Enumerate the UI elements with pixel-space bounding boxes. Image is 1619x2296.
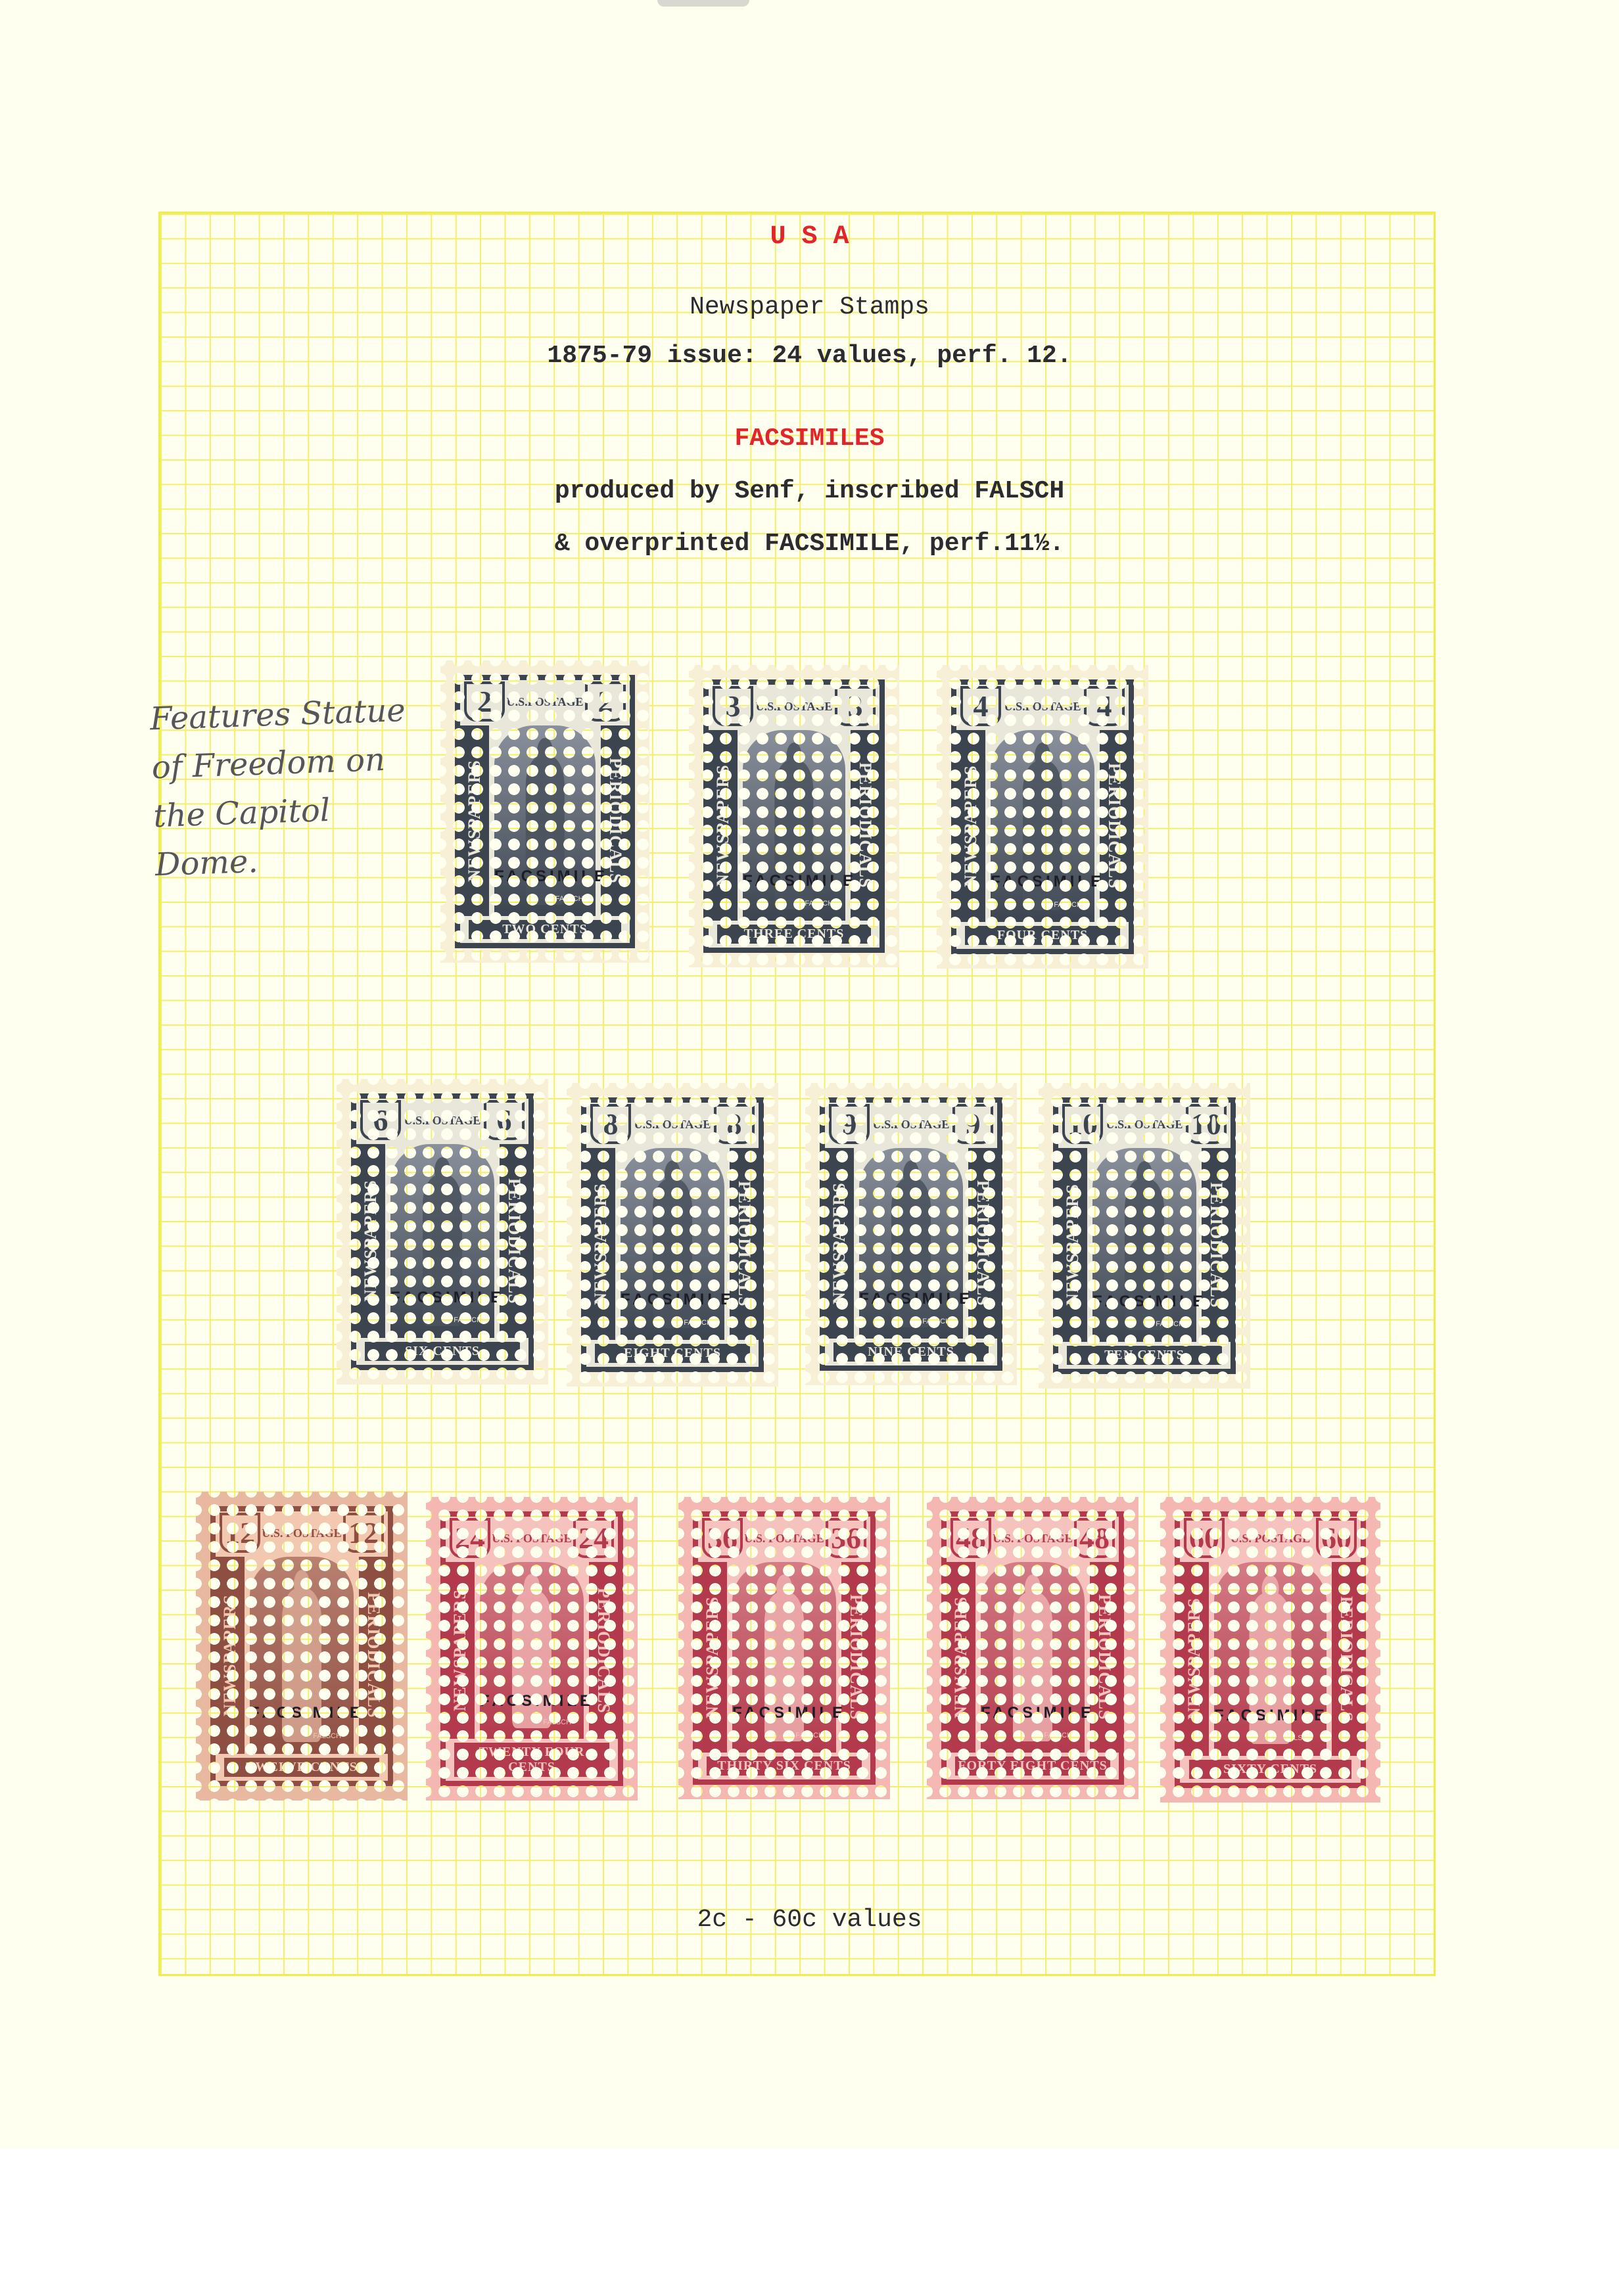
periodicals-inscription: PERIODICALS: [1202, 1148, 1231, 1342]
falsch-inscription: FALSCH: [1156, 1320, 1184, 1328]
falsch-inscription: FALSCH: [795, 1732, 824, 1739]
stamp-header: 8 U.S.POSTAGE 8: [586, 1103, 759, 1145]
newspapers-inscription: NEWSPAPERS: [956, 730, 985, 922]
falsch-inscription: FALSCH: [1285, 1734, 1313, 1742]
statue-vignette: FACSIMILE FALSCH: [981, 1562, 1085, 1753]
stamp-middle: NEWSPAPERS FACSIMILE FALSCH PERIODICALS: [1180, 1559, 1361, 1758]
value-numeral-left: 36: [702, 1518, 743, 1558]
falsch-inscription: FALSCH: [684, 1319, 712, 1327]
postage-inscription: U.S.POSTAGE: [507, 695, 584, 708]
issue-description: 1875-79 issue: 24 values, perf. 12.: [0, 342, 1619, 370]
value-numeral-left: 2: [464, 681, 505, 722]
stamp-header: 60 U.S. POSTAGE 60: [1180, 1517, 1361, 1559]
stamp-frame: 4 U.S.POSTAGE 4 NEWSPAPERS FACSIMILE FAL…: [951, 679, 1134, 954]
stamp-frame: 3 U.S.POSTAGE 3 NEWSPAPERS FACSIMILE FAL…: [703, 679, 885, 953]
facsimile-overprint: FACSIMILE: [494, 867, 596, 886]
statue-vignette: FACSIMILE FALSCH: [991, 730, 1094, 922]
stamp-header: 12 U.S. POSTAGE 12: [216, 1511, 388, 1554]
stamp-header: 10 U.S.POSTAGE 10: [1058, 1103, 1231, 1145]
facsimile-overprint: FACSIMILE: [390, 1289, 494, 1307]
value-label: EIGHT CENTS: [595, 1344, 750, 1363]
statue-vignette: FACSIMILE FALSCH: [1214, 1562, 1326, 1756]
postage-inscription: U.S.POSTAGE: [756, 700, 833, 713]
periodicals-inscription: PERIODICALS: [851, 730, 880, 921]
stamp-middle: NEWSPAPERS FACSIMILE FALSCH PERIODICALS: [956, 727, 1129, 925]
postage-inscription: U.S.POSTAGE: [404, 1114, 481, 1127]
facsimile-overprint: FACSIMILE: [991, 873, 1094, 891]
newspapers-inscription: NEWSPAPERS: [709, 730, 738, 921]
stamp-header: 48 U.S. POSTAGE 48: [947, 1517, 1119, 1559]
newspapers-inscription: NEWSPAPERS: [1180, 1562, 1209, 1756]
newspapers-inscription: NEWSPAPERS: [446, 1562, 475, 1739]
periodicals-inscription: PERIODICALS: [1090, 1562, 1119, 1753]
stamp: 48 U.S. POSTAGE 48 NEWSPAPERS FACSIMILE …: [927, 1497, 1138, 1799]
stamp-frame: 6 U.S.POSTAGE 6 NEWSPAPERS FACSIMILE FAL…: [351, 1093, 534, 1370]
statue-vignette: FACSIMILE FALSCH: [732, 1562, 836, 1753]
postage-inscription: U.S. POSTAGE: [744, 1532, 824, 1545]
stamp: 10 U.S.POSTAGE 10 NEWSPAPERS FACSIMILE F…: [1039, 1083, 1250, 1389]
value-numeral-left: 6: [360, 1100, 401, 1140]
stamp-header: 6 U.S.POSTAGE 6: [356, 1099, 528, 1141]
facsimile-overprint: FACSIMILE: [1092, 1293, 1196, 1311]
postage-inscription: U.S. POSTAGE: [1231, 1532, 1310, 1545]
value-label: TWENTY FOUR CENTS: [454, 1743, 609, 1777]
stamp-middle: NEWSPAPERS FACSIMILE FALSCH PERIODICALS: [356, 1141, 528, 1341]
value-numeral-right: 48: [1074, 1518, 1115, 1558]
facsimile-overprint: FACSIMILE: [1214, 1707, 1326, 1725]
postage-inscription: U.S. POSTAGE: [993, 1532, 1072, 1545]
statue-vignette: FACSIMILE FALSCH: [743, 730, 845, 921]
value-numeral-left: 12: [220, 1513, 260, 1553]
value-label: NINE CENTS: [833, 1343, 989, 1362]
falsch-inscription: FALSCH: [922, 1318, 950, 1325]
falsch-inscription: FALSCH: [805, 900, 833, 907]
value-numeral-left: 60: [1184, 1518, 1225, 1558]
binder-mark: [657, 0, 749, 7]
postage-inscription: U.S.POSTAGE: [1004, 700, 1081, 713]
statue-vignette: FACSIMILE FALSCH: [250, 1557, 354, 1754]
handwritten-note: Features Statue of Freedom on the Capito…: [149, 685, 432, 889]
page-title: Newspaper Stamps: [0, 293, 1619, 321]
newspapers-inscription: NEWSPAPERS: [1058, 1148, 1087, 1342]
stamp: 24 U.S. POSTAGE 24 NEWSPAPERS FACSIMILE …: [426, 1497, 638, 1801]
statue-vignette: FACSIMILE FALSCH: [480, 1562, 584, 1739]
stamp-header: 2 U.S.POSTAGE 2: [460, 680, 630, 723]
stamp-frame: 36 U.S. POSTAGE 36 NEWSPAPERS FACSIMILE …: [693, 1511, 876, 1785]
value-label: THIRTY SIX CENTS: [707, 1756, 862, 1776]
facsimile-overprint: FACSIMILE: [859, 1290, 963, 1308]
statue-vignette: FACSIMILE FALSCH: [1092, 1148, 1196, 1342]
album-page: USA Newspaper Stamps 1875-79 issue: 24 v…: [0, 0, 1619, 2149]
stamp-header: 3 U.S.POSTAGE 3: [709, 685, 880, 727]
value-label: THREE CENTS: [717, 925, 871, 944]
stamp-frame: 10 U.S.POSTAGE 10 NEWSPAPERS FACSIMILE F…: [1053, 1097, 1236, 1374]
facsimile-overprint: FACSIMILE: [250, 1704, 354, 1722]
falsch-inscription: FALSCH: [1044, 1732, 1072, 1739]
stamp-header: 4 U.S.POSTAGE 4: [956, 685, 1129, 727]
value-numeral-left: 8: [590, 1104, 631, 1144]
stamp-middle: NEWSPAPERS FACSIMILE FALSCH PERIODICALS: [709, 727, 880, 923]
value-numeral-right: 8: [714, 1104, 755, 1144]
falsch-inscription: FALSCH: [543, 1718, 571, 1726]
stamp-header: 24 U.S. POSTAGE 24: [446, 1517, 618, 1559]
facsimile-overprint: FACSIMILE: [732, 1704, 836, 1722]
value-numeral-left: 24: [450, 1518, 490, 1558]
value-numeral-right: 10: [1186, 1104, 1227, 1144]
value-numeral-left: 4: [960, 686, 1001, 726]
stamp: 60 U.S. POSTAGE 60 NEWSPAPERS FACSIMILE …: [1160, 1497, 1380, 1802]
stamp-middle: NEWSPAPERS FACSIMILE FALSCH PERIODICALS: [586, 1145, 759, 1343]
facsimiles-heading: FACSIMILES: [0, 425, 1619, 453]
stamp-header: 9 U.S.POSTAGE 9: [825, 1103, 997, 1145]
value-numeral-left: 10: [1062, 1104, 1103, 1144]
periodicals-inscription: PERIODICALS: [500, 1144, 528, 1338]
falsch-inscription: FALSCH: [1054, 901, 1082, 909]
value-label: SIXTY CENTS: [1189, 1760, 1352, 1779]
value-label: SIX CENTS: [365, 1342, 520, 1361]
stamp-middle: NEWSPAPERS FACSIMILE FALSCH PERIODICALS: [460, 723, 630, 919]
periodicals-inscription: PERIODICALS: [968, 1148, 997, 1339]
value-numeral-left: 3: [713, 686, 753, 726]
postage-inscription: U.S.POSTAGE: [873, 1118, 950, 1131]
value-numeral-right: 12: [343, 1513, 384, 1553]
stamp-middle: NEWSPAPERS FACSIMILE FALSCH PERIODICALS: [216, 1554, 388, 1756]
stamp-frame: 48 U.S. POSTAGE 48 NEWSPAPERS FACSIMILE …: [941, 1511, 1124, 1785]
stamp-middle: NEWSPAPERS FACSIMILE FALSCH PERIODICALS: [446, 1559, 618, 1741]
stamp-frame: 24 U.S. POSTAGE 24 NEWSPAPERS FACSIMILE …: [440, 1511, 623, 1786]
periodicals-inscription: PERIODICALS: [1100, 730, 1129, 922]
stamp-middle: NEWSPAPERS FACSIMILE FALSCH PERIODICALS: [698, 1559, 870, 1755]
periodicals-inscription: PERIODICALS: [601, 725, 630, 916]
falsch-inscription: FALSCH: [454, 1316, 482, 1324]
value-numeral-right: 2: [585, 681, 626, 722]
newspapers-inscription: NEWSPAPERS: [698, 1562, 727, 1753]
facsimile-overprint: FACSIMILE: [480, 1692, 584, 1711]
country-heading: USA: [0, 222, 1619, 252]
stamp-frame: 2 U.S.POSTAGE 2 NEWSPAPERS FACSIMILE FAL…: [455, 675, 635, 948]
value-numeral-left: 48: [950, 1518, 991, 1558]
statue-vignette: FACSIMILE FALSCH: [390, 1144, 494, 1338]
newspapers-inscription: NEWSPAPERS: [586, 1148, 615, 1340]
stamp-header: 36 U.S. POSTAGE 36: [698, 1517, 870, 1559]
periodicals-inscription: PERIODICALS: [841, 1562, 870, 1753]
falsch-inscription: FALSCH: [313, 1732, 341, 1740]
stamp: 8 U.S.POSTAGE 8 NEWSPAPERS FACSIMILE FAL…: [567, 1083, 778, 1387]
facsimile-overprint: FACSIMILE: [743, 872, 845, 890]
stamp-middle: NEWSPAPERS FACSIMILE FALSCH PERIODICALS: [825, 1145, 997, 1341]
facsimile-overprint: FACSIMILE: [621, 1291, 724, 1309]
footer-caption: 2c - 60c values: [0, 1906, 1619, 1934]
postage-inscription: U.S.POSTAGE: [1106, 1118, 1183, 1131]
stamp: 2 U.S.POSTAGE 2 NEWSPAPERS FACSIMILE FAL…: [440, 660, 649, 963]
value-label: FORTY EIGHT CENTS: [955, 1756, 1110, 1776]
newspapers-inscription: NEWSPAPERS: [460, 725, 489, 916]
producer-description: produced by Senf, inscribed FALSCH: [0, 477, 1619, 505]
periodicals-inscription: PERIODICALS: [1332, 1562, 1361, 1756]
postage-inscription: U.S.POSTAGE: [634, 1118, 711, 1131]
statue-vignette: FACSIMILE FALSCH: [621, 1148, 724, 1340]
stamp-middle: NEWSPAPERS FACSIMILE FALSCH PERIODICALS: [1058, 1145, 1231, 1344]
value-label: FOUR CENTS: [965, 926, 1120, 945]
value-numeral-right: 4: [1084, 686, 1125, 726]
stamp: 9 U.S.POSTAGE 9 NEWSPAPERS FACSIMILE FAL…: [805, 1083, 1017, 1385]
falsch-inscription: FALSCH: [555, 895, 584, 903]
stamp-frame: 9 U.S.POSTAGE 9 NEWSPAPERS FACSIMILE FAL…: [820, 1097, 1002, 1371]
statue-vignette: FACSIMILE FALSCH: [859, 1148, 963, 1339]
value-numeral-right: 3: [835, 686, 876, 726]
value-numeral-right: 24: [573, 1518, 614, 1558]
value-numeral-left: 9: [829, 1104, 870, 1144]
facsimile-overprint: FACSIMILE: [981, 1704, 1085, 1722]
stamp-frame: 8 U.S.POSTAGE 8 NEWSPAPERS FACSIMILE FAL…: [581, 1097, 764, 1372]
stamp-frame: 12 U.S. POSTAGE 12 NEWSPAPERS FACSIMILE …: [210, 1506, 393, 1786]
stamp: 6 U.S.POSTAGE 6 NEWSPAPERS FACSIMILE FAL…: [337, 1079, 548, 1385]
periodicals-inscription: PERIODICALS: [730, 1148, 759, 1340]
value-label: TWO CENTS: [469, 920, 621, 939]
newspapers-inscription: NEWSPAPERS: [947, 1562, 975, 1753]
periodicals-inscription: PERIODICALS: [589, 1562, 618, 1739]
stamp: 36 U.S. POSTAGE 36 NEWSPAPERS FACSIMILE …: [678, 1497, 890, 1799]
stamp: 4 U.S.POSTAGE 4 NEWSPAPERS FACSIMILE FAL…: [937, 665, 1148, 969]
value-numeral-right: 9: [952, 1104, 993, 1144]
stamp: 12 U.S. POSTAGE 12 NEWSPAPERS FACSIMILE …: [196, 1492, 408, 1801]
periodicals-inscription: PERIODICALS: [359, 1557, 388, 1754]
newspapers-inscription: NEWSPAPERS: [825, 1148, 854, 1339]
value-label: TWELVE CENTS: [224, 1758, 379, 1777]
postage-inscription: U.S. POSTAGE: [262, 1527, 341, 1540]
statue-vignette: FACSIMILE FALSCH: [494, 725, 596, 916]
stamp-middle: NEWSPAPERS FACSIMILE FALSCH PERIODICALS: [947, 1559, 1119, 1755]
stamp: 3 U.S.POSTAGE 3 NEWSPAPERS FACSIMILE FAL…: [689, 665, 899, 967]
value-label: TEN CENTS: [1067, 1346, 1222, 1365]
overprint-description: & overprinted FACSIMILE, perf.11½.: [0, 530, 1619, 558]
newspapers-inscription: NEWSPAPERS: [356, 1144, 385, 1338]
value-numeral-right: 36: [826, 1518, 866, 1558]
newspapers-inscription: NEWSPAPERS: [216, 1557, 245, 1754]
value-numeral-right: 6: [484, 1100, 525, 1140]
postage-inscription: U.S. POSTAGE: [492, 1532, 571, 1545]
value-numeral-right: 60: [1316, 1518, 1357, 1558]
stamp-frame: 60 U.S. POSTAGE 60 NEWSPAPERS FACSIMILE …: [1175, 1511, 1366, 1788]
